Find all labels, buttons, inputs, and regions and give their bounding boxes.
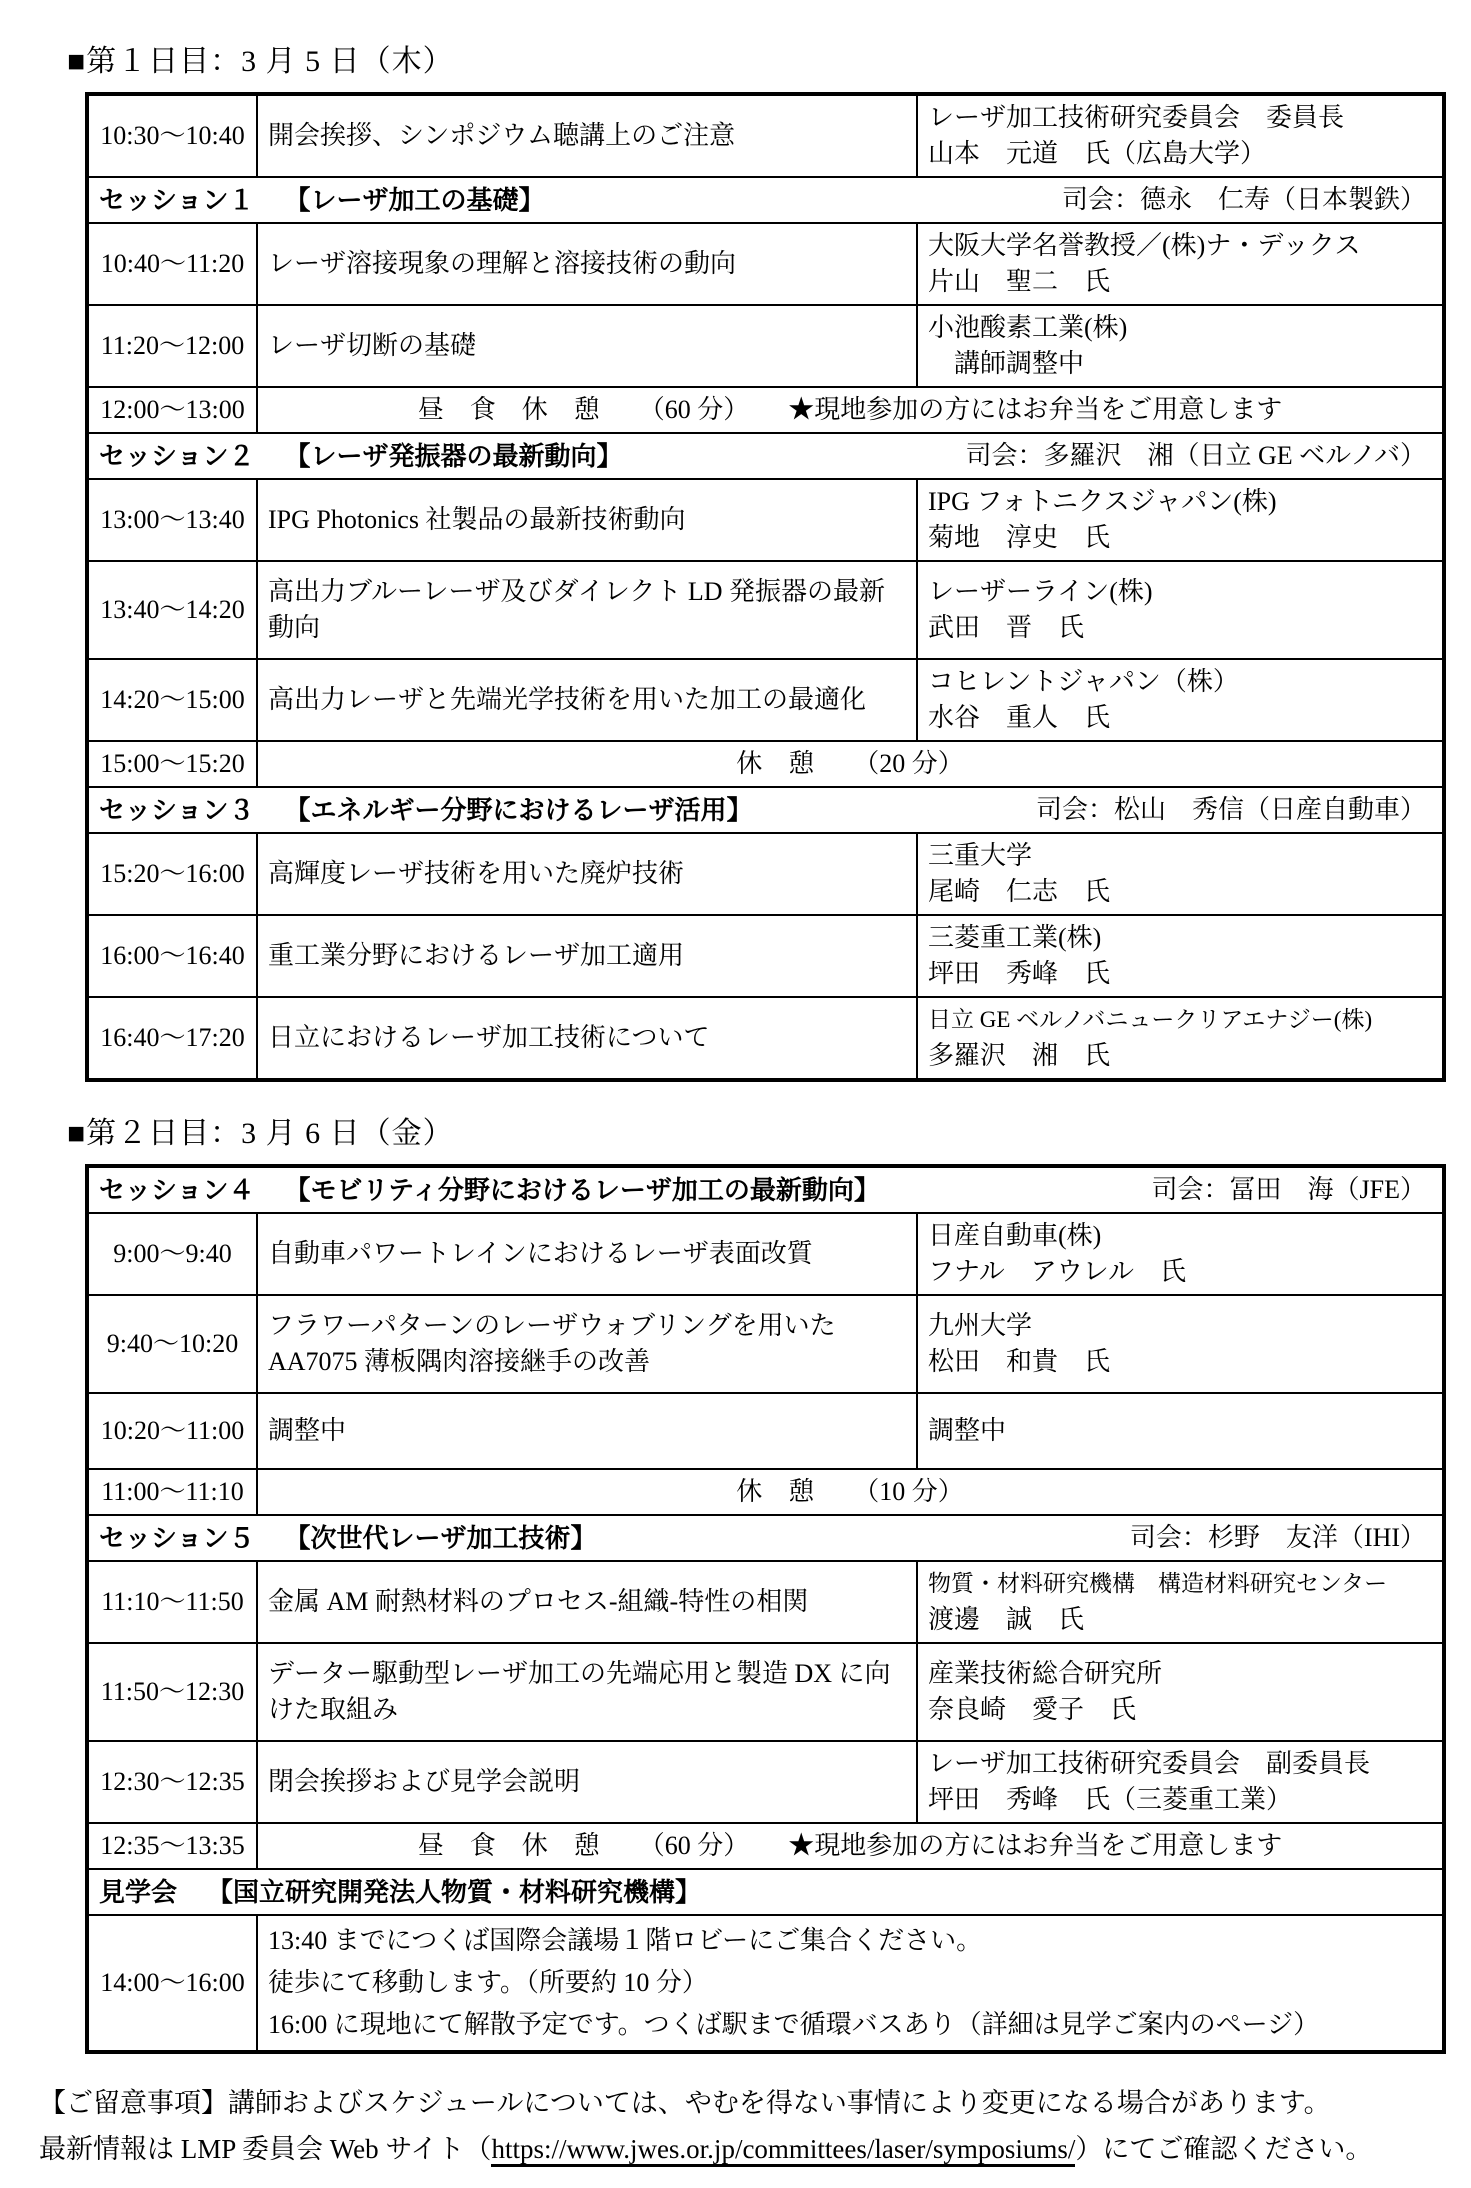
speaker-cell: 大阪大学名誉教授／(株)ナ・デックス 片山 聖二 氏 bbox=[917, 223, 1444, 305]
session-header-cell: セッション３【エネルギー分野におけるレーザ活用】 司会：松山 秀信（日産自動車） bbox=[87, 787, 1444, 833]
speaker-cell: 三菱重工業(株) 坪田 秀峰 氏 bbox=[917, 915, 1444, 997]
time-cell: 11:00〜11:10 bbox=[87, 1469, 257, 1515]
session-topic: 【国立研究開発法人物質・材料研究機構】 bbox=[207, 1877, 701, 1907]
break-row: 12:00〜13:00 昼 食 休 憩 （60 分） ★現地参加の方にはお弁当を… bbox=[87, 387, 1444, 433]
topic-cell: 金属 AM 耐熱材料のプロセス-組織-特性の相関 bbox=[257, 1561, 917, 1643]
note-website-suffix: ）にてご確認ください。 bbox=[1075, 2134, 1372, 2164]
session-title: セッション５【次世代レーザ加工技術】 bbox=[99, 1520, 597, 1556]
session-label: セッション３ bbox=[99, 795, 254, 825]
speaker-name: 渡邊 誠 氏 bbox=[928, 1602, 1432, 1638]
day1-heading: ■第１日目：3 月 5 日（木） bbox=[67, 36, 1445, 80]
session-title: セッション４【モビリティ分野におけるレーザ加工の最新動向】 bbox=[99, 1172, 880, 1208]
time-cell: 10:40〜11:20 bbox=[87, 223, 257, 305]
time-cell: 15:00〜15:20 bbox=[87, 741, 257, 787]
session-label: セッション２ bbox=[99, 441, 254, 471]
tour-line: 13:40 までにつくば国際会議場１階ロビーにご集合ください。 bbox=[268, 1920, 1432, 1962]
session-header-row: セッション３【エネルギー分野におけるレーザ活用】 司会：松山 秀信（日産自動車） bbox=[87, 787, 1444, 833]
speaker-org: 三重大学 bbox=[928, 838, 1432, 874]
speaker-org: 日産自動車(株) bbox=[928, 1218, 1432, 1254]
session-label: セッション４ bbox=[99, 1175, 254, 1205]
day2-table: セッション４【モビリティ分野におけるレーザ加工の最新動向】 司会：冨田 海（JF… bbox=[85, 1164, 1446, 2054]
speaker-org: IPG フォトニクスジャパン(株) bbox=[928, 484, 1432, 520]
session-header-cell: セッション１【レーザ加工の基礎】 司会：德永 仁寿（日本製鉄） bbox=[87, 177, 1444, 223]
speaker-cell: 物質・材料研究機構 構造材料研究センター 渡邊 誠 氏 bbox=[917, 1561, 1444, 1643]
speaker-cell: 三重大学 尾崎 仁志 氏 bbox=[917, 833, 1444, 915]
topic-cell: レーザ溶接現象の理解と溶接技術の動向 bbox=[257, 223, 917, 305]
table-row: 15:20〜16:00 高輝度レーザ技術を用いた廃炉技術 三重大学 尾崎 仁志 … bbox=[87, 833, 1444, 915]
time-cell: 12:00〜13:00 bbox=[87, 387, 257, 433]
topic-cell: 調整中 bbox=[257, 1393, 917, 1469]
session-chair: 司会：多羅沢 湘（日立 GE ベルノバ） bbox=[965, 438, 1432, 474]
note-website: 最新情報は LMP 委員会 Web サイト（https://www.jwes.o… bbox=[39, 2126, 1445, 2172]
break-cell: 休 憩 （10 分） bbox=[257, 1469, 1444, 1515]
time-cell: 14:00〜16:00 bbox=[87, 1915, 257, 2052]
website-link[interactable]: https://www.jwes.or.jp/committees/laser/… bbox=[491, 2134, 1075, 2167]
tour-row: 14:00〜16:00 13:40 までにつくば国際会議場１階ロビーにご集合くだ… bbox=[87, 1915, 1444, 2052]
session-title: セッション３【エネルギー分野におけるレーザ活用】 bbox=[99, 792, 753, 828]
table-row: 11:10〜11:50 金属 AM 耐熱材料のプロセス-組織-特性の相関 物質・… bbox=[87, 1561, 1444, 1643]
session-header-cell: セッション５【次世代レーザ加工技術】 司会：杉野 友洋（IHI） bbox=[87, 1515, 1444, 1561]
session-label: セッション１ bbox=[99, 185, 254, 215]
session-title: セッション２【レーザ発振器の最新動向】 bbox=[99, 438, 623, 474]
table-row: 13:40〜14:20 高出力ブルーレーザ及びダイレクト LD 発振器の最新動向… bbox=[87, 561, 1444, 659]
speaker-name: 山本 元道 氏（広島大学） bbox=[928, 136, 1432, 172]
break-cell: 休 憩 （20 分） bbox=[257, 741, 1444, 787]
session-title: セッション１【レーザ加工の基礎】 bbox=[99, 182, 545, 218]
speaker-cell: 九州大学 松田 和貴 氏 bbox=[917, 1295, 1444, 1393]
speaker-org: レーザーライン(株) bbox=[928, 574, 1432, 610]
table-row: 11:20〜12:00 レーザ切断の基礎 小池酸素工業(株) 講師調整中 bbox=[87, 305, 1444, 387]
topic-cell: 自動車パワートレインにおけるレーザ表面改質 bbox=[257, 1213, 917, 1295]
day2-heading: ■第２日目：3 月 6 日（金） bbox=[67, 1108, 1445, 1152]
speaker-org: 物質・材料研究機構 構造材料研究センター bbox=[928, 1566, 1432, 1602]
time-cell: 10:30〜10:40 bbox=[87, 94, 257, 177]
time-cell: 12:30〜12:35 bbox=[87, 1741, 257, 1823]
session-title: 見学会【国立研究開発法人物質・材料研究機構】 bbox=[99, 1874, 701, 1910]
session-label: セッション５ bbox=[99, 1523, 254, 1553]
speaker-org: 九州大学 bbox=[928, 1308, 1432, 1344]
session-topic: 【エネルギー分野におけるレーザ活用】 bbox=[284, 795, 752, 825]
speaker-cell: レーザ加工技術研究委員会 委員長 山本 元道 氏（広島大学） bbox=[917, 94, 1444, 177]
speaker-name: 奈良崎 愛子 氏 bbox=[928, 1692, 1432, 1728]
time-cell: 9:40〜10:20 bbox=[87, 1295, 257, 1393]
speaker-cell: 日立 GE ベルノバニュークリアエナジー(株) 多羅沢 湘 氏 bbox=[917, 997, 1444, 1080]
session-header-row: セッション４【モビリティ分野におけるレーザ加工の最新動向】 司会：冨田 海（JF… bbox=[87, 1166, 1444, 1213]
table-row: 14:20〜15:00 高出力レーザと先端光学技術を用いた加工の最適化 コヒレン… bbox=[87, 659, 1444, 741]
speaker-cell: 小池酸素工業(株) 講師調整中 bbox=[917, 305, 1444, 387]
time-cell: 13:00〜13:40 bbox=[87, 479, 257, 561]
tour-line: 徒歩にて移動します。（所要約 10 分） bbox=[268, 1962, 1432, 2004]
footer-notes: 【ご留意事項】講師およびスケジュールについては、やむを得ない事情により変更になる… bbox=[39, 2080, 1445, 2172]
speaker-cell: レーザーライン(株) 武田 晋 氏 bbox=[917, 561, 1444, 659]
topic-cell: フラワーパターンのレーザウォブリングを用いた AA7075 薄板隅肉溶接継手の改… bbox=[257, 1295, 917, 1393]
session-header-row: 見学会【国立研究開発法人物質・材料研究機構】 bbox=[87, 1869, 1444, 1915]
speaker-name: 多羅沢 湘 氏 bbox=[928, 1038, 1432, 1074]
speaker-org: 三菱重工業(株) bbox=[928, 920, 1432, 956]
speaker-name: 坪田 秀峰 氏 bbox=[928, 956, 1432, 992]
session-header-cell: 見学会【国立研究開発法人物質・材料研究機構】 bbox=[87, 1869, 1444, 1915]
speaker-org: 日立 GE ベルノバニュークリアエナジー(株) bbox=[928, 1002, 1432, 1038]
time-cell: 13:40〜14:20 bbox=[87, 561, 257, 659]
topic-cell: 高輝度レーザ技術を用いた廃炉技術 bbox=[257, 833, 917, 915]
table-row: 13:00〜13:40 IPG Photonics 社製品の最新技術動向 IPG… bbox=[87, 479, 1444, 561]
speaker-cell: 調整中 bbox=[917, 1393, 1444, 1469]
note-caution: 【ご留意事項】講師およびスケジュールについては、やむを得ない事情により変更になる… bbox=[39, 2080, 1445, 2126]
session-header-row: セッション１【レーザ加工の基礎】 司会：德永 仁寿（日本製鉄） bbox=[87, 177, 1444, 223]
session-chair: 司会：冨田 海（JFE） bbox=[1152, 1172, 1432, 1208]
time-cell: 11:20〜12:00 bbox=[87, 305, 257, 387]
break-row: 11:00〜11:10 休 憩 （10 分） bbox=[87, 1469, 1444, 1515]
speaker-cell: コヒレントジャパン（株） 水谷 重人 氏 bbox=[917, 659, 1444, 741]
session-header-row: セッション２【レーザ発振器の最新動向】 司会：多羅沢 湘（日立 GE ベルノバ） bbox=[87, 433, 1444, 479]
time-cell: 15:20〜16:00 bbox=[87, 833, 257, 915]
table-row: 9:00〜9:40 自動車パワートレインにおけるレーザ表面改質 日産自動車(株)… bbox=[87, 1213, 1444, 1295]
time-cell: 10:20〜11:00 bbox=[87, 1393, 257, 1469]
topic-cell: レーザ切断の基礎 bbox=[257, 305, 917, 387]
speaker-name: 水谷 重人 氏 bbox=[928, 700, 1432, 736]
topic-cell: IPG Photonics 社製品の最新技術動向 bbox=[257, 479, 917, 561]
speaker-org: 小池酸素工業(株) bbox=[928, 310, 1432, 346]
session-topic: 【レーザ発振器の最新動向】 bbox=[284, 441, 622, 471]
session-topic: 【モビリティ分野におけるレーザ加工の最新動向】 bbox=[284, 1175, 879, 1205]
time-cell: 11:10〜11:50 bbox=[87, 1561, 257, 1643]
session-header-row: セッション５【次世代レーザ加工技術】 司会：杉野 友洋（IHI） bbox=[87, 1515, 1444, 1561]
speaker-name: 尾崎 仁志 氏 bbox=[928, 874, 1432, 910]
speaker-name: 武田 晋 氏 bbox=[928, 610, 1432, 646]
topic-cell: 閉会挨拶および見学会説明 bbox=[257, 1741, 917, 1823]
table-row: 10:30〜10:40 開会挨拶、シンポジウム聴講上のご注意 レーザ加工技術研究… bbox=[87, 94, 1444, 177]
tour-details-cell: 13:40 までにつくば国際会議場１階ロビーにご集合ください。 徒歩にて移動しま… bbox=[257, 1915, 1444, 2052]
table-row: 16:40〜17:20 日立におけるレーザ加工技術について 日立 GE ベルノバ… bbox=[87, 997, 1444, 1080]
speaker-cell: レーザ加工技術研究委員会 副委員長 坪田 秀峰 氏（三菱重工業） bbox=[917, 1741, 1444, 1823]
table-row: 11:50〜12:30 データー駆動型レーザ加工の先端応用と製造 DX に向けた… bbox=[87, 1643, 1444, 1741]
break-cell: 昼 食 休 憩 （60 分） ★現地参加の方にはお弁当をご用意します bbox=[257, 387, 1444, 433]
topic-cell: データー駆動型レーザ加工の先端応用と製造 DX に向けた取組み bbox=[257, 1643, 917, 1741]
time-cell: 9:00〜9:40 bbox=[87, 1213, 257, 1295]
session-header-cell: セッション４【モビリティ分野におけるレーザ加工の最新動向】 司会：冨田 海（JF… bbox=[87, 1166, 1444, 1213]
time-cell: 11:50〜12:30 bbox=[87, 1643, 257, 1741]
session-label: 見学会 bbox=[99, 1877, 177, 1907]
break-row: 15:00〜15:20 休 憩 （20 分） bbox=[87, 741, 1444, 787]
speaker-name: 片山 聖二 氏 bbox=[928, 264, 1432, 300]
topic-cell: 開会挨拶、シンポジウム聴講上のご注意 bbox=[257, 94, 917, 177]
session-header-cell: セッション２【レーザ発振器の最新動向】 司会：多羅沢 湘（日立 GE ベルノバ） bbox=[87, 433, 1444, 479]
speaker-cell: IPG フォトニクスジャパン(株) 菊地 淳史 氏 bbox=[917, 479, 1444, 561]
speaker-org: 産業技術総合研究所 bbox=[928, 1656, 1432, 1692]
day1-table: 10:30〜10:40 開会挨拶、シンポジウム聴講上のご注意 レーザ加工技術研究… bbox=[85, 92, 1446, 1082]
speaker-cell: 日産自動車(株) フナル アウレル 氏 bbox=[917, 1213, 1444, 1295]
time-cell: 16:00〜16:40 bbox=[87, 915, 257, 997]
topic-cell: 高出力レーザと先端光学技術を用いた加工の最適化 bbox=[257, 659, 917, 741]
tour-line: 16:00 に現地にて解散予定です。つくば駅まで循環バスあり（詳細は見学ご案内の… bbox=[268, 2004, 1432, 2046]
speaker-name: 菊地 淳史 氏 bbox=[928, 520, 1432, 556]
session-chair: 司会：德永 仁寿（日本製鉄） bbox=[1062, 182, 1432, 218]
break-row: 12:35〜13:35 昼 食 休 憩 （60 分） ★現地参加の方にはお弁当を… bbox=[87, 1823, 1444, 1869]
time-cell: 16:40〜17:20 bbox=[87, 997, 257, 1080]
session-chair: 司会：松山 秀信（日産自動車） bbox=[1036, 792, 1432, 828]
table-row: 10:20〜11:00 調整中 調整中 bbox=[87, 1393, 1444, 1469]
break-cell: 昼 食 休 憩 （60 分） ★現地参加の方にはお弁当をご用意します bbox=[257, 1823, 1444, 1869]
session-topic: 【レーザ加工の基礎】 bbox=[284, 185, 544, 215]
speaker-org: 大阪大学名誉教授／(株)ナ・デックス bbox=[928, 228, 1432, 264]
speaker-name: 坪田 秀峰 氏（三菱重工業） bbox=[928, 1782, 1432, 1818]
topic-cell: 高出力ブルーレーザ及びダイレクト LD 発振器の最新動向 bbox=[257, 561, 917, 659]
speaker-name: 松田 和貴 氏 bbox=[928, 1344, 1432, 1380]
note-website-prefix: 最新情報は LMP 委員会 Web サイト（ bbox=[39, 2134, 491, 2164]
speaker-name: フナル アウレル 氏 bbox=[928, 1254, 1432, 1290]
table-row: 9:40〜10:20 フラワーパターンのレーザウォブリングを用いた AA7075… bbox=[87, 1295, 1444, 1393]
session-chair: 司会：杉野 友洋（IHI） bbox=[1130, 1520, 1432, 1556]
time-cell: 12:35〜13:35 bbox=[87, 1823, 257, 1869]
topic-cell: 日立におけるレーザ加工技術について bbox=[257, 997, 917, 1080]
topic-cell: 重工業分野におけるレーザ加工適用 bbox=[257, 915, 917, 997]
speaker-name: 講師調整中 bbox=[928, 346, 1432, 382]
session-topic: 【次世代レーザ加工技術】 bbox=[284, 1523, 596, 1553]
table-row: 16:00〜16:40 重工業分野におけるレーザ加工適用 三菱重工業(株) 坪田… bbox=[87, 915, 1444, 997]
time-cell: 14:20〜15:00 bbox=[87, 659, 257, 741]
speaker-org: レーザ加工技術研究委員会 副委員長 bbox=[928, 1746, 1432, 1782]
speaker-org: コヒレントジャパン（株） bbox=[928, 664, 1432, 700]
speaker-org: レーザ加工技術研究委員会 委員長 bbox=[928, 100, 1432, 136]
speaker-cell: 産業技術総合研究所 奈良崎 愛子 氏 bbox=[917, 1643, 1444, 1741]
table-row: 12:30〜12:35 閉会挨拶および見学会説明 レーザ加工技術研究委員会 副委… bbox=[87, 1741, 1444, 1823]
table-row: 10:40〜11:20 レーザ溶接現象の理解と溶接技術の動向 大阪大学名誉教授／… bbox=[87, 223, 1444, 305]
schedule-page: ■第１日目：3 月 5 日（木） 10:30〜10:40 開会挨拶、シンポジウム… bbox=[0, 0, 1471, 2188]
